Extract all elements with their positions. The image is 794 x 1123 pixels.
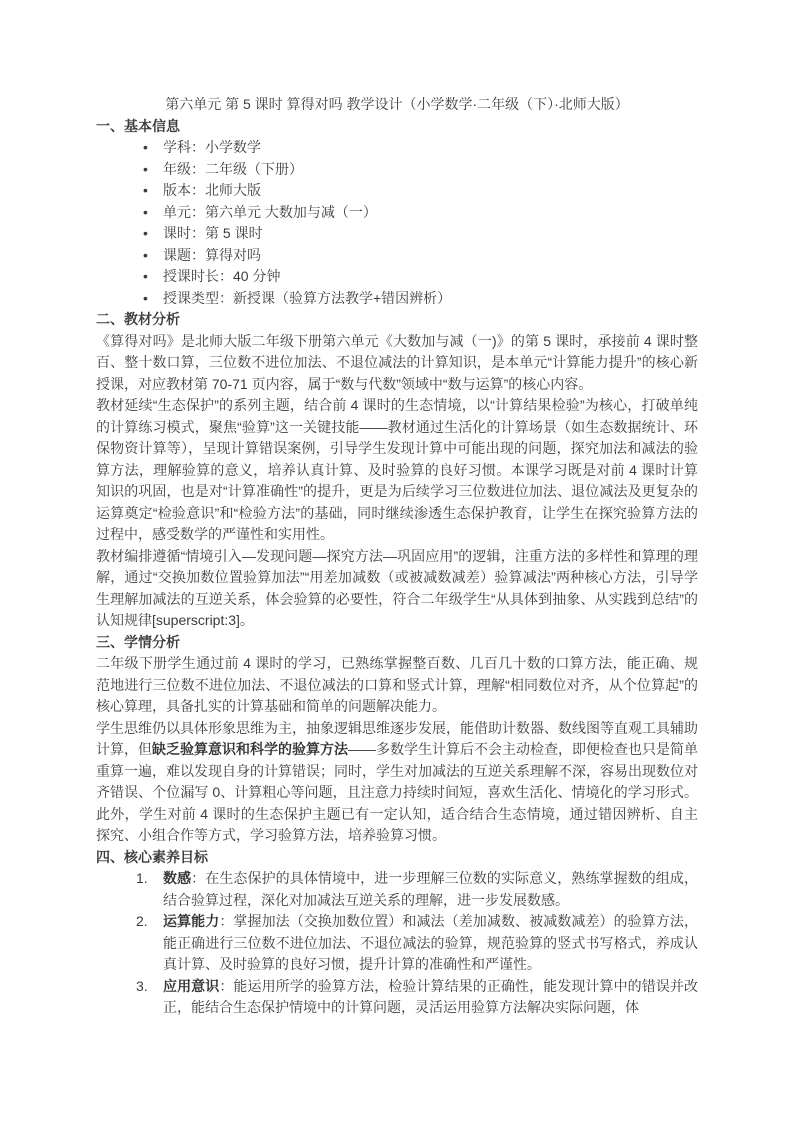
bullet-icon: • <box>143 245 163 267</box>
bullet-icon: • <box>143 288 163 310</box>
learner-analysis-paragraph: 二年级下册学生通过前 4 课时的学习，已熟练掌握整百数、几百几十数的口算方法，能… <box>96 653 698 718</box>
document-title: 第六单元 第 5 课时 算得对吗 教学设计（小学数学·二年级（下）·北师大版） <box>96 94 698 116</box>
material-analysis-paragraph: 教材编排遵循“情境引入—发现问题—探究方法—巩固应用”的逻辑，注重方法的多样性和… <box>96 546 698 632</box>
list-item-text: 单元：第六单元 大数加与减（一） <box>163 202 698 224</box>
item-number: 2. <box>136 911 163 933</box>
goal-body: ：在生态保护的具体情境中，进一步理解三位数的实际意义，熟练掌握数的组成，结合验算… <box>163 870 698 908</box>
basic-info-list: • 学科：小学数学 • 年级：二年级（下册） • 版本：北师大版 • 单元：第六… <box>96 137 698 309</box>
list-item: • 课题：算得对吗 <box>96 245 698 267</box>
list-item-text: 授课时长：40 分钟 <box>163 266 698 288</box>
numbered-item: 1. 数感：在生态保护的具体情境中，进一步理解三位数的实际意义，熟练掌握数的组成… <box>96 868 698 911</box>
goal-text: 数感：在生态保护的具体情境中，进一步理解三位数的实际意义，熟练掌握数的组成，结合… <box>163 868 698 911</box>
bullet-icon: • <box>143 180 163 202</box>
core-goals-list: 1. 数感：在生态保护的具体情境中，进一步理解三位数的实际意义，熟练掌握数的组成… <box>96 868 698 1019</box>
bullet-icon: • <box>143 159 163 181</box>
goal-text: 应用意识：能运用所学的验算方法，检验计算结果的正确性，能发现计算中的错误并改正，… <box>163 976 698 1019</box>
paragraph-bold-text: 缺乏验算意识和科学的验算方法 <box>152 741 348 757</box>
learner-analysis-paragraph: 学生思维仍以具体形象思维为主，抽象逻辑思维逐步发展，能借助计数器、数线图等直观工… <box>96 718 698 847</box>
item-number: 3. <box>136 976 163 998</box>
goal-label: 运算能力 <box>163 913 219 929</box>
goal-label: 数感 <box>163 870 191 886</box>
list-item: • 授课时长：40 分钟 <box>96 266 698 288</box>
material-analysis-paragraph: 教材延续“生态保护”的系列主题，结合前 4 课时的生态情境，以“计算结果检验”为… <box>96 395 698 546</box>
item-number: 1. <box>136 868 163 890</box>
section-heading-material-analysis: 二、教材分析 <box>96 309 698 331</box>
list-item: • 学科：小学数学 <box>96 137 698 159</box>
list-item-text: 课时：第 5 课时 <box>163 223 698 245</box>
numbered-item: 3. 应用意识：能运用所学的验算方法，检验计算结果的正确性，能发现计算中的错误并… <box>96 976 698 1019</box>
list-item: • 课时：第 5 课时 <box>96 223 698 245</box>
list-item-text: 学科：小学数学 <box>163 137 698 159</box>
list-item-text: 授课类型：新授课（验算方法教学+错因辨析） <box>163 288 698 310</box>
goal-body: ：掌握加法（交换加数位置）和减法（差加减数、被减数减差）的验算方法，能正确进行三… <box>163 913 698 972</box>
list-item-text: 版本：北师大版 <box>163 180 698 202</box>
list-item: • 授课类型：新授课（验算方法教学+错因辨析） <box>96 288 698 310</box>
section-heading-learner-analysis: 三、学情分析 <box>96 632 698 654</box>
document-content: 第六单元 第 5 课时 算得对吗 教学设计（小学数学·二年级（下）·北师大版） … <box>0 0 794 1019</box>
bullet-icon: • <box>143 137 163 159</box>
goal-body: ：能运用所学的验算方法，检验计算结果的正确性，能发现计算中的错误并改正，能结合生… <box>163 978 698 1016</box>
section-heading-core-goals: 四、核心素养目标 <box>96 847 698 869</box>
goal-label: 应用意识 <box>163 978 219 994</box>
goal-text: 运算能力：掌握加法（交换加数位置）和减法（差加减数、被减数减差）的验算方法，能正… <box>163 911 698 976</box>
bullet-icon: • <box>143 202 163 224</box>
list-item-text: 年级：二年级（下册） <box>163 159 698 181</box>
material-analysis-paragraph: 《算得对吗》是北师大版二年级下册第六单元《大数加与减（一)》的第 5 课时，承接… <box>96 331 698 396</box>
list-item-text: 课题：算得对吗 <box>163 245 698 267</box>
bullet-icon: • <box>143 223 163 245</box>
numbered-item: 2. 运算能力：掌握加法（交换加数位置）和减法（差加减数、被减数减差）的验算方法… <box>96 911 698 976</box>
list-item: • 版本：北师大版 <box>96 180 698 202</box>
list-item: • 单元：第六单元 大数加与减（一） <box>96 202 698 224</box>
document-page: 第六单元 第 5 课时 算得对吗 教学设计（小学数学·二年级（下）·北师大版） … <box>0 0 794 1123</box>
bullet-icon: • <box>143 266 163 288</box>
list-item: • 年级：二年级（下册） <box>96 159 698 181</box>
section-heading-basic-info: 一、基本信息 <box>96 116 698 138</box>
